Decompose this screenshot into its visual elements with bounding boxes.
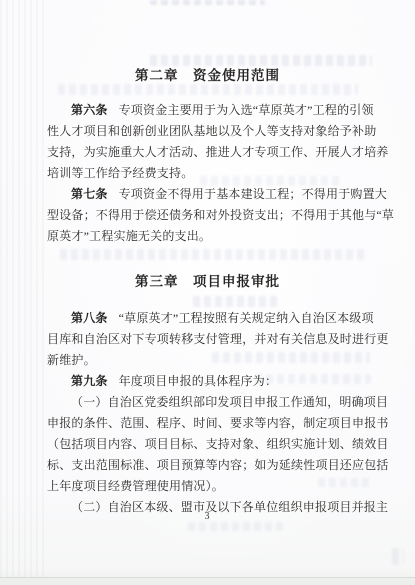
article-number: 第七条 <box>71 187 108 201</box>
text-line: 支持，为实施重大人才活动、推进人才专项工作、开展人才培养 <box>47 142 371 163</box>
scanner-streak-artifact <box>0 0 46 585</box>
text-line: （一）自治区党委组织部印发项目申报工作通知，明确项目 <box>47 392 371 413</box>
text-line: 第九条年度项目申报的具体程序为： <box>47 371 371 392</box>
text-line: 原英才”工程实施无关的支出。 <box>47 226 371 247</box>
text-line: 新维护。 <box>47 350 371 371</box>
bleed-through-artifact <box>60 249 368 260</box>
chapter-heading-application-approval: 第三章 项目申报审批 <box>0 270 415 290</box>
article-number: 第九条 <box>71 374 108 388</box>
bleed-through-artifact <box>150 0 265 5</box>
bleed-through-artifact <box>188 522 283 531</box>
page-number: 3 <box>0 511 415 522</box>
text-line: 目库和自治区对下专项转移支付管理，并对有关信息及时进行更 <box>47 329 371 350</box>
text-line: 标、支出范围标准、项目预算等内容；如为延续性项目还应包括 <box>47 455 371 476</box>
article-number: 第六条 <box>71 103 108 117</box>
text-line: 性人才项目和创新创业团队基地以及个人等支持对象给予补助 <box>47 121 371 142</box>
article-number: 第八条 <box>71 311 108 325</box>
text-line: 第六条专项资金主要用于为入选“草原英才”工程的引领 <box>47 100 371 121</box>
section-funds-usage: 第六条专项资金主要用于为入选“草原英才”工程的引领性人才项目和创新创业团队基地以… <box>47 100 371 247</box>
text-line: 第八条“草原英才”工程按照有关规定纳入自治区本级项 <box>47 308 371 329</box>
chapter-heading-funds-usage: 第二章 资金使用范围 <box>0 64 415 84</box>
scanned-document-page: 第二章 资金使用范围 第六条专项资金主要用于为入选“草原英才”工程的引领性人才项… <box>0 0 415 585</box>
bleed-through-artifact <box>392 548 404 565</box>
text-line: 申报的条件、范围、程序、时间、要求等内容，制定项目申报书 <box>47 413 371 434</box>
bleed-through-artifact <box>58 84 358 95</box>
bleed-through-artifact <box>193 296 277 307</box>
text-line: 上年度项目经费管理使用情况）。 <box>47 476 371 497</box>
text-line: 型设备；不得用于偿还债务和对外投资支出；不得用于其他与“草 <box>47 205 371 226</box>
text-line: 第七条专项资金不得用于基本建设工程；不得用于购置大 <box>47 184 371 205</box>
text-line: （包括项目内容、项目目标、支持对象、组织实施计划、绩效目 <box>47 434 371 455</box>
text-line: 培训等工作给予经费支持。 <box>47 163 371 184</box>
scan-edge-artifact <box>0 577 415 585</box>
section-application-approval: 第八条“草原英才”工程按照有关规定纳入自治区本级项目库和自治区对下专项转移支付管… <box>47 308 371 518</box>
